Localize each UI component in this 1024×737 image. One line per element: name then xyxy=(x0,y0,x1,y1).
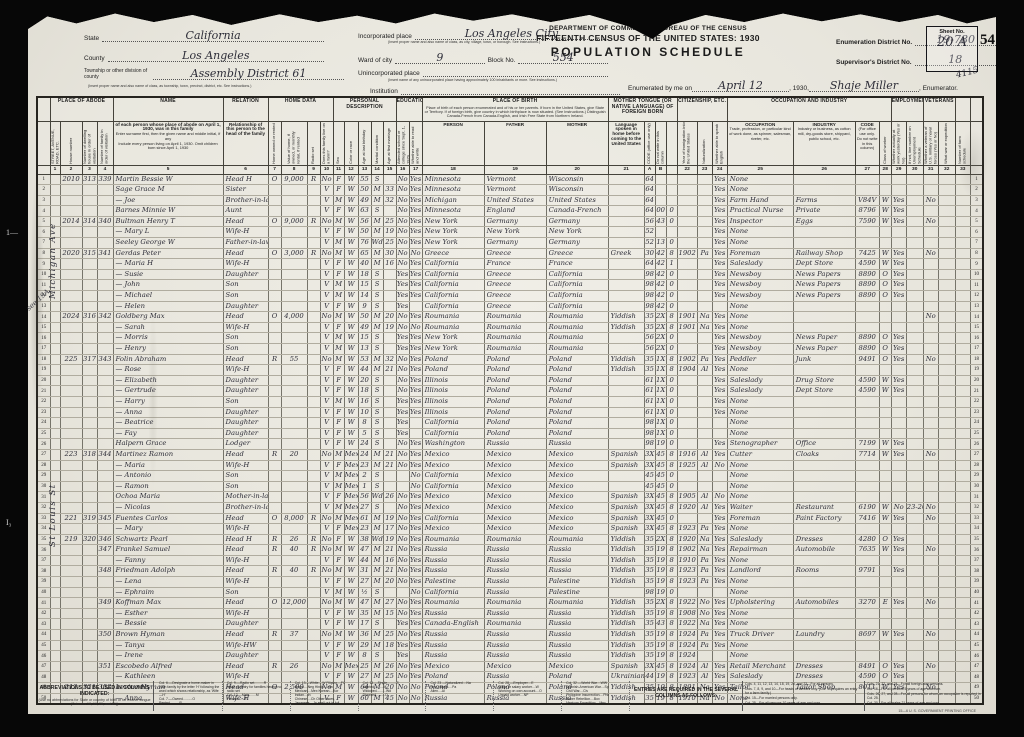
cell-empl xyxy=(906,354,923,365)
cell-bpm: Poland xyxy=(546,375,608,386)
cell-val xyxy=(281,238,307,249)
cell-sex: F xyxy=(333,227,344,238)
cell-rel: Aunt xyxy=(223,206,268,217)
cell-vet xyxy=(923,206,938,217)
cell-radio xyxy=(307,587,320,598)
cell-eng: Yes xyxy=(712,577,727,588)
cell-war xyxy=(938,185,955,196)
cell-cB: 19 xyxy=(655,545,666,556)
cell-occ: None xyxy=(727,238,793,249)
cell-mar: S xyxy=(371,375,383,386)
cell-eng: Yes xyxy=(712,566,727,577)
cell-cls: W xyxy=(879,386,891,397)
cell-name: — Maria H xyxy=(113,259,223,270)
line-number: 6 xyxy=(970,227,983,238)
cell-age: 44 xyxy=(358,365,371,376)
cell-code: 8491 xyxy=(855,661,879,672)
cell-fno xyxy=(955,651,970,662)
cell-sex: F xyxy=(333,269,344,280)
cell-agem: 21 xyxy=(383,545,396,556)
street-cell xyxy=(50,386,60,397)
cell-lang xyxy=(608,238,644,249)
cell-farm: No xyxy=(320,174,333,185)
cell-bpf: Russia xyxy=(484,640,546,651)
cell-yr xyxy=(677,238,697,249)
cell-cB: 2X xyxy=(655,322,666,333)
cell-farm: No xyxy=(320,566,333,577)
column-header-fam: Number of family in order of visitation xyxy=(97,121,113,165)
cell-sex: F xyxy=(333,460,344,471)
cell-lang xyxy=(608,280,644,291)
entries-title: ENTRIES ARE REQUIRED IN THE SEVERAL COLU… xyxy=(634,687,738,711)
cell-yr: 1910 xyxy=(677,555,697,566)
cell-dwel xyxy=(82,386,97,397)
person-row: 4Barnes Minnie WAuntVFW63SNoYesMinnesota… xyxy=(37,206,983,217)
cell-bpf: Poland xyxy=(484,354,546,365)
cell-lang: Spanish xyxy=(608,460,644,471)
line-number: 17 xyxy=(970,344,983,355)
cell-vet xyxy=(923,524,938,535)
cell-war xyxy=(938,269,955,280)
cell-farm: V xyxy=(320,195,333,206)
cell-dwel xyxy=(82,587,97,598)
cell-house xyxy=(60,587,82,598)
cell-lang xyxy=(608,481,644,492)
cell-rw: Yes xyxy=(409,439,422,450)
cell-cC: 0 xyxy=(666,333,677,344)
cell-race: W xyxy=(344,195,358,206)
cell-house xyxy=(60,301,82,312)
cell-fam xyxy=(97,555,113,566)
cell-eng: Yes xyxy=(712,280,727,291)
cell-sex: M xyxy=(333,216,344,227)
cell-emp: Yes xyxy=(891,630,906,641)
cell-own xyxy=(268,227,281,238)
cell-dwel xyxy=(82,481,97,492)
cell-rw: Yes xyxy=(409,238,422,249)
cell-bp: Russia xyxy=(422,545,484,556)
cell-radio xyxy=(307,375,320,386)
cell-rel: Wife-H xyxy=(223,365,268,376)
cell-empl xyxy=(906,322,923,333)
cell-val: 26 xyxy=(281,534,307,545)
cell-dwel xyxy=(82,428,97,439)
cell-emp: Yes xyxy=(891,291,906,302)
cell-lang: Greek xyxy=(608,248,644,259)
cell-name: — Michael xyxy=(113,291,223,302)
cell-fno xyxy=(955,418,970,429)
column-number-fam: 4 xyxy=(97,165,113,174)
cell-age: 49 xyxy=(358,322,371,333)
cell-ind: Restaurant xyxy=(793,502,855,513)
cell-ind: Drug Store xyxy=(793,375,855,386)
cell-cls xyxy=(879,555,891,566)
cell-race: W xyxy=(344,248,358,259)
cell-cB: 42 xyxy=(655,259,666,270)
cell-cls: W xyxy=(879,375,891,386)
cell-fno xyxy=(955,216,970,227)
cell-cB: 42 xyxy=(655,301,666,312)
line-number: 45 xyxy=(37,640,50,651)
cell-agem xyxy=(383,481,396,492)
column-number-radio: 9 xyxy=(307,165,320,174)
cell-farm: V xyxy=(320,365,333,376)
cell-bpm: Mexico xyxy=(546,449,608,460)
cell-eng xyxy=(712,651,727,662)
person-row: 28— MariaWife-HVFMex23M21NoYesMexicoMexi… xyxy=(37,460,983,471)
cell-nat: Al xyxy=(697,661,712,672)
line-number: 28 xyxy=(970,460,983,471)
cell-eng: Yes xyxy=(712,396,727,407)
cell-nat xyxy=(697,481,712,492)
cell-emp: Yes xyxy=(891,545,906,556)
cell-occ: Saleslady xyxy=(727,534,793,545)
cell-occ: Saleslady xyxy=(727,375,793,386)
cell-fam xyxy=(97,344,113,355)
cell-sex: M xyxy=(333,280,344,291)
cell-emp: Yes xyxy=(891,513,906,524)
abbreviation-column: Col. 9.—Radio set..........R Make no ent… xyxy=(226,681,291,711)
cell-nat xyxy=(697,185,712,196)
cell-code: 8890 xyxy=(855,280,879,291)
cell-name: Fuentes Carlos xyxy=(113,513,223,524)
cell-vet xyxy=(923,418,938,429)
cell-farm: V xyxy=(320,428,333,439)
cell-dwel: 320 xyxy=(82,534,97,545)
cell-bp: California xyxy=(422,587,484,598)
cell-agem: 25 xyxy=(383,216,396,227)
cell-age: 50 xyxy=(358,312,371,323)
cell-code xyxy=(855,587,879,598)
cell-bpf: Poland xyxy=(484,418,546,429)
cell-name: — Ramon xyxy=(113,481,223,492)
column-header-vet: Whether a veteran of U.S. military or na… xyxy=(923,121,938,165)
cell-dwel: 315 xyxy=(82,248,97,259)
cell-name: — Fay xyxy=(113,428,223,439)
column-header-_ln1 xyxy=(37,121,50,165)
line-number: 30 xyxy=(970,481,983,492)
cell-own xyxy=(268,555,281,566)
cell-sex: F xyxy=(333,375,344,386)
cell-vet xyxy=(923,534,938,545)
cell-own xyxy=(268,492,281,503)
ward-label: Ward of city xyxy=(358,57,392,64)
cell-cC: 0 xyxy=(666,439,677,450)
cell-occ: Newsboy xyxy=(727,291,793,302)
cell-ind: Farms xyxy=(793,195,855,206)
cell-cC: 0 xyxy=(666,587,677,598)
line-number: 38 xyxy=(970,566,983,577)
cell-rw: Yes xyxy=(409,555,422,566)
cell-rel: Wife-H xyxy=(223,524,268,535)
cell-empl: 23-20 xyxy=(906,502,923,513)
cell-nat: Al xyxy=(697,365,712,376)
cell-rel: Son xyxy=(223,587,268,598)
cell-code xyxy=(855,407,879,418)
cell-sex: M xyxy=(333,354,344,365)
cell-emp: Yes xyxy=(891,248,906,259)
cell-bpm: Poland xyxy=(546,418,608,429)
line-number: 46 xyxy=(37,651,50,662)
street-cell xyxy=(50,587,60,598)
cell-mar: S xyxy=(371,439,383,450)
cell-sch: Yes xyxy=(396,301,409,312)
cell-occ: None xyxy=(727,396,793,407)
cell-eng xyxy=(712,428,727,439)
line-number: 34 xyxy=(970,524,983,535)
column-number-name: 5 xyxy=(113,165,223,174)
cell-cls xyxy=(879,396,891,407)
cell-dwel xyxy=(82,502,97,513)
column-header-name: of each person whose place of abode on A… xyxy=(113,121,223,165)
cell-code: 8890 xyxy=(855,333,879,344)
person-row: 22— HarrySonVMW16SYesYesIllinoisPolandPo… xyxy=(37,396,983,407)
cell-farm: V xyxy=(320,555,333,566)
cell-sch xyxy=(396,587,409,598)
line-number: 27 xyxy=(970,449,983,460)
cell-yr xyxy=(677,386,697,397)
cell-cC: 8 xyxy=(666,630,677,641)
cell-fno xyxy=(955,301,970,312)
cell-cB xyxy=(655,174,666,185)
cell-vet xyxy=(923,333,938,344)
cell-bp: Russia xyxy=(422,555,484,566)
cell-mar: S xyxy=(371,418,383,429)
cell-yr xyxy=(677,439,697,450)
cell-cB: 19 xyxy=(655,577,666,588)
cell-empl xyxy=(906,513,923,524)
cell-bp: California xyxy=(422,471,484,482)
cell-agem xyxy=(383,386,396,397)
cell-lang: Yiddish xyxy=(608,619,644,630)
cell-bp: Roumania xyxy=(422,534,484,545)
cell-own xyxy=(268,344,281,355)
cell-race: W xyxy=(344,238,358,249)
cell-mar: S xyxy=(371,587,383,598)
column-header-war: What war or expedition xyxy=(938,121,955,165)
cell-own: O xyxy=(268,598,281,609)
cell-farm: No xyxy=(320,630,333,641)
cell-vet xyxy=(923,471,938,482)
cell-name: — Morris xyxy=(113,333,223,344)
cell-lang: Yiddish xyxy=(608,354,644,365)
cell-house xyxy=(60,545,82,556)
cell-dwel xyxy=(82,492,97,503)
cell-cls: W xyxy=(879,449,891,460)
cell-fno xyxy=(955,513,970,524)
cell-nat: Al xyxy=(697,502,712,513)
cell-code xyxy=(855,312,879,323)
cell-empl xyxy=(906,344,923,355)
cell-rw: Yes xyxy=(409,492,422,503)
cell-sch: No xyxy=(396,492,409,503)
column-header-cls: Class of worker xyxy=(879,121,891,165)
cell-house xyxy=(60,619,82,630)
cell-age: 56 xyxy=(358,492,371,503)
township-label: Township or other division of county xyxy=(84,69,150,80)
cell-war xyxy=(938,312,955,323)
cell-radio: R xyxy=(307,248,320,259)
cell-fam xyxy=(97,396,113,407)
cell-empl xyxy=(906,492,923,503)
cell-bp: California xyxy=(422,280,484,291)
cell-fno xyxy=(955,428,970,439)
cell-lang xyxy=(608,216,644,227)
enumerator-signature: Shaje Miller xyxy=(809,80,919,92)
cell-fam xyxy=(97,280,113,291)
line-number: 31 xyxy=(970,492,983,503)
cell-bpm: Wisconsin xyxy=(546,185,608,196)
cell-rel: Son xyxy=(223,471,268,482)
cell-name: — Beatrice xyxy=(113,418,223,429)
column-header-radio: Radio set xyxy=(307,121,320,165)
cell-yr xyxy=(677,280,697,291)
street-cell xyxy=(50,608,60,619)
scanned-census-image: { "header": { "corner": "54", "form_no":… xyxy=(0,0,1024,737)
cell-age: 14 xyxy=(358,291,371,302)
column-header-emp: Whether actually at work yesterday (Yes … xyxy=(891,121,906,165)
cell-mar: M xyxy=(371,577,383,588)
institution-label: Institution xyxy=(370,88,398,95)
cell-emp xyxy=(891,577,906,588)
cell-occ: Truck Driver xyxy=(727,630,793,641)
cell-rw: Yes xyxy=(409,227,422,238)
cell-sex: F xyxy=(333,386,344,397)
cell-code: 4590 xyxy=(855,375,879,386)
cell-vet xyxy=(923,322,938,333)
cell-sch: No xyxy=(396,195,409,206)
cell-race: W xyxy=(344,216,358,227)
cell-fno xyxy=(955,661,970,672)
cell-occ: Newsboy xyxy=(727,280,793,291)
cell-yr xyxy=(677,227,697,238)
cell-cB: 42 xyxy=(655,291,666,302)
cell-age: 50 xyxy=(358,185,371,196)
cell-farm: V xyxy=(320,619,333,630)
cell-code: 8890 xyxy=(855,291,879,302)
cell-cA: 64 xyxy=(644,174,655,185)
cell-farm: V xyxy=(320,227,333,238)
abbreviation-column: Col. 6.—Designate a home-maker in each f… xyxy=(158,681,223,711)
cell-dwel xyxy=(82,524,97,535)
cell-eng: Yes xyxy=(712,291,727,302)
line-number: 39 xyxy=(37,577,50,588)
cell-house xyxy=(60,185,82,196)
cell-bpf: Mexico xyxy=(484,460,546,471)
cell-code xyxy=(855,640,879,651)
cell-lang xyxy=(608,259,644,270)
cell-cA: 45 xyxy=(644,481,655,492)
cell-emp: Yes xyxy=(891,195,906,206)
cell-emp: No xyxy=(891,502,906,513)
cell-empl xyxy=(906,661,923,672)
cell-war xyxy=(938,354,955,365)
cell-val xyxy=(281,587,307,598)
cell-war xyxy=(938,301,955,312)
cell-occ: Stenographer xyxy=(727,439,793,450)
cell-ind: Junk xyxy=(793,354,855,365)
cell-dwel: 313 xyxy=(82,174,97,185)
cell-cls xyxy=(879,524,891,535)
cell-vet xyxy=(923,587,938,598)
street-cell xyxy=(50,651,60,662)
cell-race: W xyxy=(344,291,358,302)
cell-house xyxy=(60,555,82,566)
cell-sch: Yes xyxy=(396,640,409,651)
person-row: 21— GertrudeDaughterVFW18SNoYesIllinoisP… xyxy=(37,386,983,397)
cell-age: 53 xyxy=(358,354,371,365)
cell-rw: Yes xyxy=(409,661,422,672)
cell-rel: Daughter xyxy=(223,418,268,429)
cell-eng: Yes xyxy=(712,449,727,460)
cell-rel: Head xyxy=(223,449,268,460)
cell-rw: Yes xyxy=(409,396,422,407)
cell-nat: No xyxy=(697,598,712,609)
cell-war xyxy=(938,577,955,588)
cell-bpm: Roumania xyxy=(546,534,608,545)
cell-cA: 3X xyxy=(644,513,655,524)
cell-empl xyxy=(906,577,923,588)
cell-fam xyxy=(97,269,113,280)
line-number: 24 xyxy=(37,418,50,429)
column-group-blank xyxy=(970,97,983,121)
cell-ind xyxy=(793,524,855,535)
cell-fno xyxy=(955,269,970,280)
cell-age: 1 xyxy=(358,481,371,492)
cell-fno xyxy=(955,375,970,386)
cell-occ: Waiter xyxy=(727,502,793,513)
cell-nat xyxy=(697,396,712,407)
cell-agem xyxy=(383,587,396,598)
column-number-cB: B xyxy=(655,165,666,174)
cell-fam xyxy=(97,195,113,206)
cell-agem: 21 xyxy=(383,449,396,460)
line-number: 7 xyxy=(970,238,983,249)
cell-val xyxy=(281,322,307,333)
person-row: 34— MaryWife-HVFMex23M17NoYesMexicoMexic… xyxy=(37,524,983,535)
cell-rel: Daughter xyxy=(223,375,268,386)
cell-own: O xyxy=(268,174,281,185)
cell-sch: No xyxy=(396,577,409,588)
cell-rel: Head xyxy=(223,545,268,556)
cell-mar: M xyxy=(371,365,383,376)
cell-cC: 0 xyxy=(666,418,677,429)
cell-age: 55 xyxy=(358,174,371,185)
cell-age: 18 xyxy=(358,269,371,280)
cell-occ: None xyxy=(727,481,793,492)
cell-house: 2024 xyxy=(60,312,82,323)
enumerated-label: Enumerated by me on xyxy=(628,85,692,92)
cell-bp: Russia xyxy=(422,651,484,662)
cell-nat: Al xyxy=(697,492,712,503)
cell-cls xyxy=(879,185,891,196)
print-note: 15—6 U. S. GOVERNMENT PRINTING OFFICE xyxy=(898,709,976,713)
line-number: 10 xyxy=(970,269,983,280)
line-number: 25 xyxy=(970,428,983,439)
cell-code xyxy=(855,471,879,482)
cell-val xyxy=(281,333,307,344)
cell-bp: Minnesota xyxy=(422,174,484,185)
cell-race: W xyxy=(344,269,358,280)
cell-bpm: Palestine xyxy=(546,587,608,598)
cell-emp: Yes xyxy=(891,566,906,577)
cell-radio xyxy=(307,651,320,662)
cell-sex: M xyxy=(333,587,344,598)
cell-cC: 0 xyxy=(666,344,677,355)
census-title: FIFTEENTH CENSUS OF THE UNITED STATES: 1… xyxy=(483,33,813,43)
cell-agem xyxy=(383,375,396,386)
cell-empl xyxy=(906,185,923,196)
